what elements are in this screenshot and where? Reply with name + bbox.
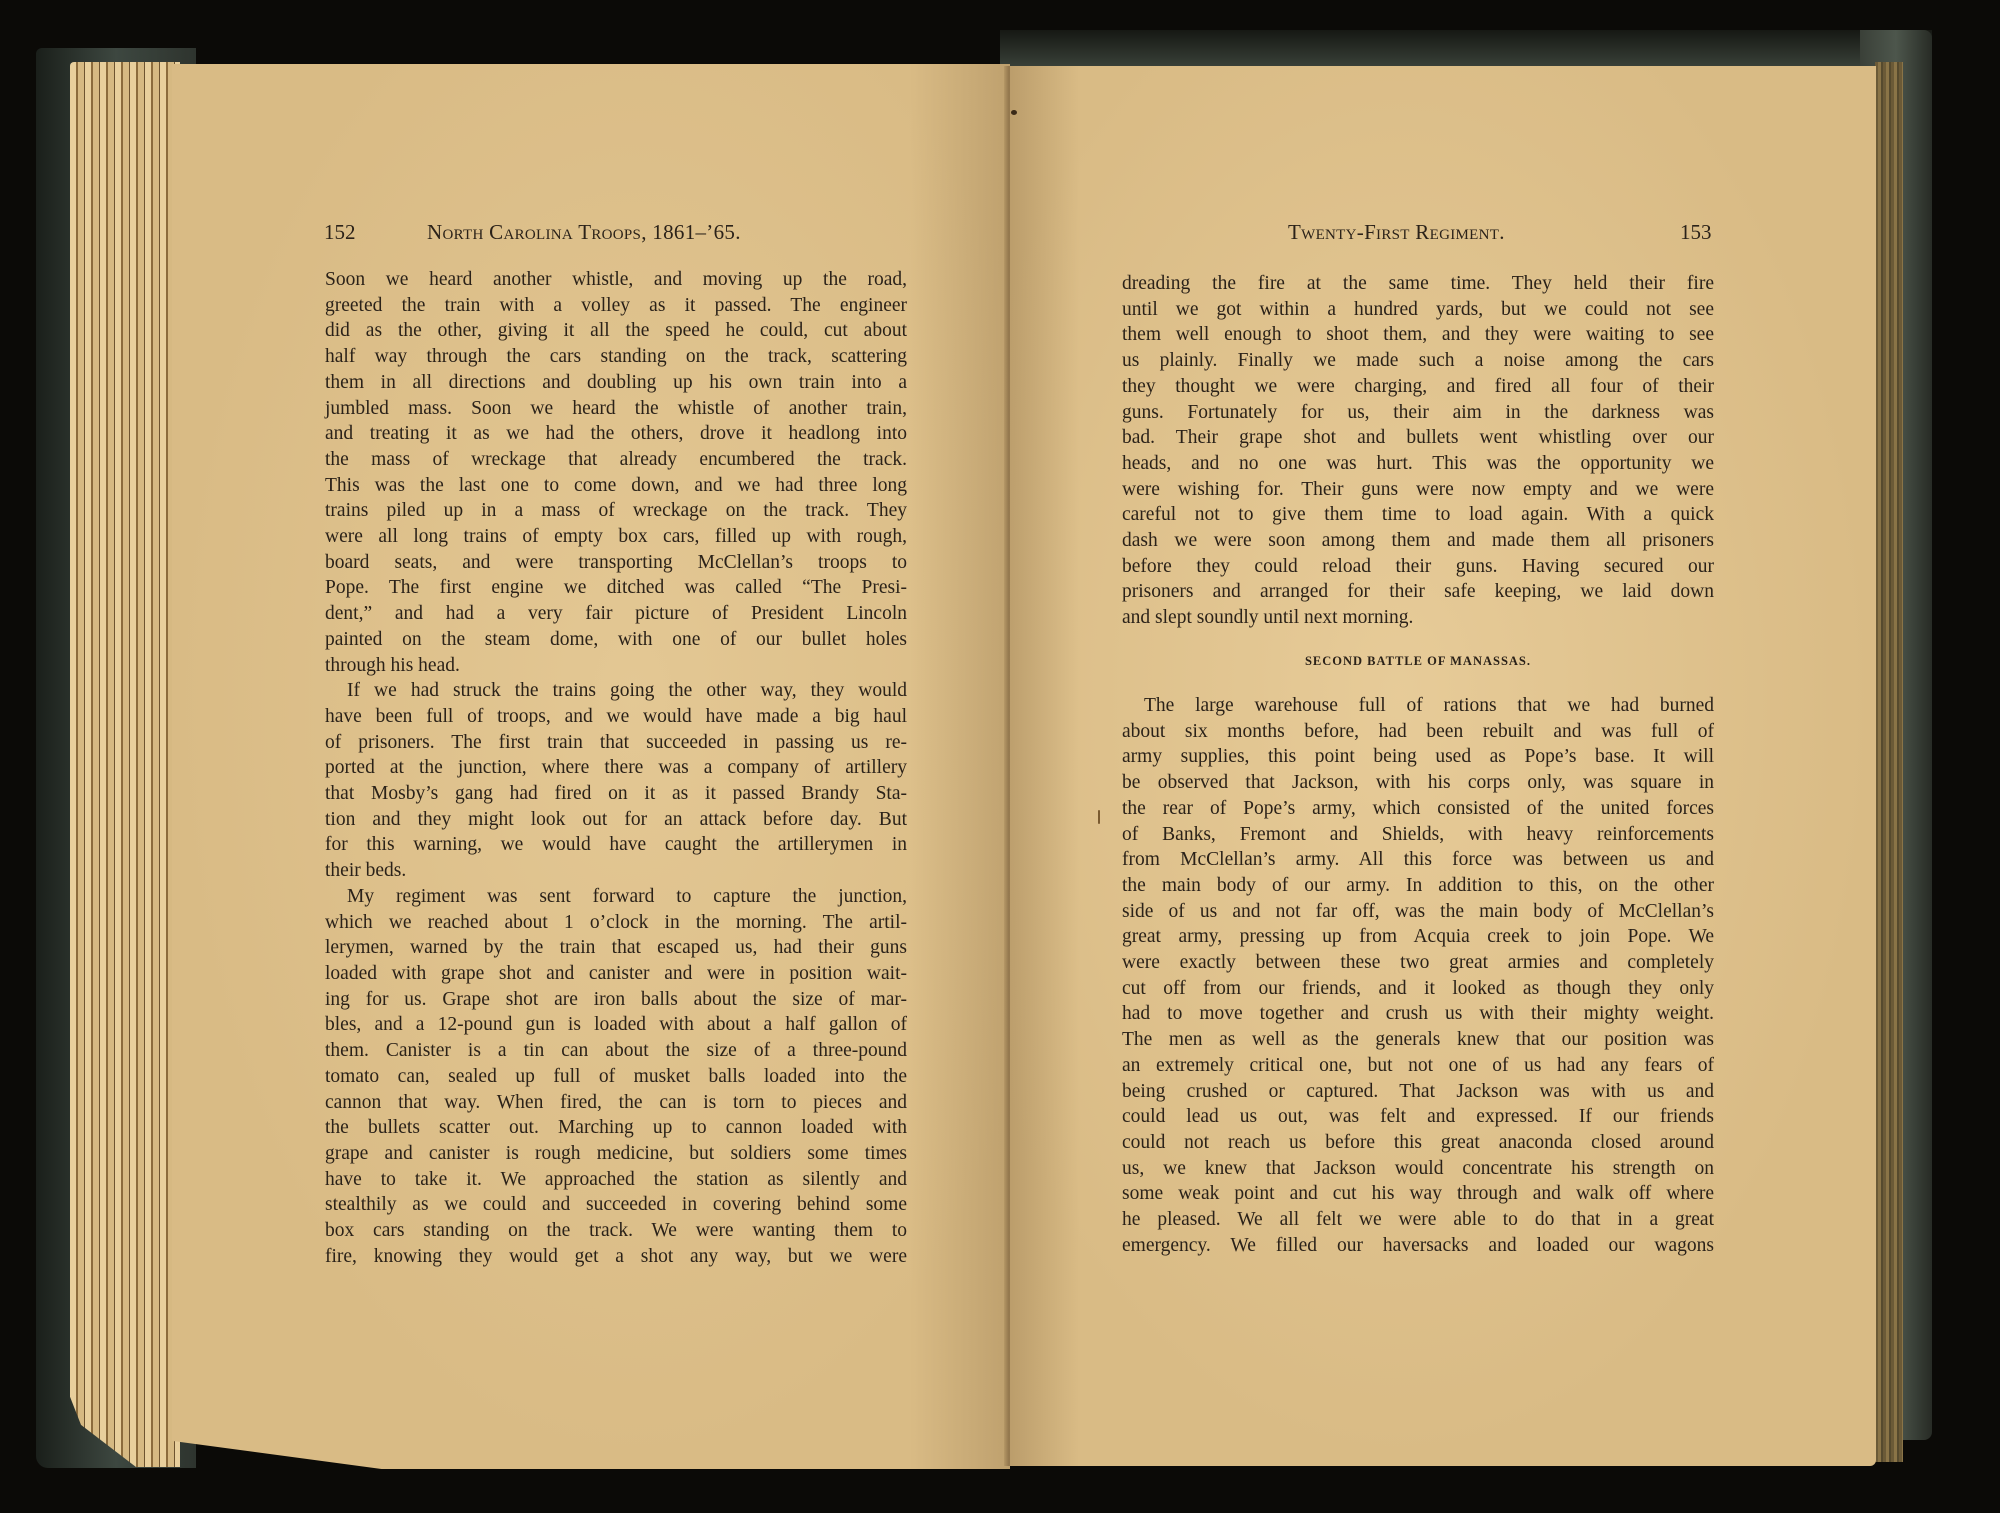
- text-line: bad. Their grape shot and bullets went w…: [1122, 425, 1714, 451]
- text-line: Pope. The first engine we ditched was ca…: [325, 575, 907, 601]
- left-page-body: Soon we heard another whistle, and movin…: [325, 267, 907, 1269]
- text-line: loaded with grape shot and canister and …: [325, 961, 907, 987]
- text-line: bles, and a 12-pound gun is loaded with …: [325, 1012, 907, 1038]
- running-head-left: North Carolina Troops, 1861–’65.: [427, 220, 741, 245]
- right-page-body-top: dreading the fire at the same time. They…: [1122, 271, 1714, 631]
- text-line: could lead us out, was felt and expresse…: [1122, 1104, 1714, 1130]
- page-edges-right: [1875, 62, 1903, 1462]
- text-line: which we reached about 1 o’clock in the …: [325, 910, 907, 936]
- text-line: army supplies, this point being used as …: [1122, 744, 1714, 770]
- right-page: Twenty-First Regiment. 153 dreading the …: [1010, 66, 1876, 1466]
- text-line: have to take it. We approached the stati…: [325, 1167, 907, 1193]
- text-line: their beds.: [325, 858, 907, 884]
- text-line: tomato can, sealed up full of musket bal…: [325, 1064, 907, 1090]
- text-line: they thought we were charging, and fired…: [1122, 374, 1714, 400]
- text-line: did as the other, giving it all the spee…: [325, 318, 907, 344]
- text-line: of prisoners. The first train that succe…: [325, 730, 907, 756]
- text-line: the bullets scatter out. Marching up to …: [325, 1115, 907, 1141]
- text-line: ported at the junction, where there was …: [325, 755, 907, 781]
- text-line: for this warning, we would have caught t…: [325, 832, 907, 858]
- text-line: through his head.: [325, 653, 907, 679]
- text-line: of Banks, Fremont and Shields, with heav…: [1122, 822, 1714, 848]
- book-cover-top: [1000, 30, 1932, 70]
- text-line: guns. Fortunately for us, their aim in t…: [1122, 400, 1714, 426]
- paper-mark: [1098, 810, 1100, 824]
- text-line: until we got within a hundred yards, but…: [1122, 297, 1714, 323]
- text-line: us, we knew that Jackson would concentra…: [1122, 1156, 1714, 1182]
- text-line: tion and they might look out for an atta…: [325, 807, 907, 833]
- page-number-left: 152: [324, 220, 356, 245]
- text-line: half way through the cars standing on th…: [325, 344, 907, 370]
- text-line: some weak point and cut his way through …: [1122, 1181, 1714, 1207]
- text-line: great army, pressing up from Acquia cree…: [1122, 924, 1714, 950]
- running-head-right: Twenty-First Regiment.: [1288, 220, 1505, 245]
- text-line: were exactly between these two great arm…: [1122, 950, 1714, 976]
- text-line: the main body of our army. In addition t…: [1122, 873, 1714, 899]
- text-line: cut off from our friends, and it looked …: [1122, 976, 1714, 1002]
- text-line: and treating it as we had the others, dr…: [325, 421, 907, 447]
- paper-speck: [1011, 110, 1017, 115]
- text-line: greeted the train with a volley as it pa…: [325, 293, 907, 319]
- text-line: trains piled up in a mass of wreckage on…: [325, 498, 907, 524]
- text-line: the rear of Pope’s army, which consisted…: [1122, 796, 1714, 822]
- text-line: box cars standing on the track. We were …: [325, 1218, 907, 1244]
- text-line: heads, and no one was hurt. This was the…: [1122, 451, 1714, 477]
- text-line: grape and canister is rough medicine, bu…: [325, 1141, 907, 1167]
- text-line: that Mosby’s gang had fired on it as it …: [325, 781, 907, 807]
- text-line: dash we were soon among them and made th…: [1122, 528, 1714, 554]
- text-line: fire, knowing they would get a shot any …: [325, 1244, 907, 1270]
- left-page: 152 North Carolina Troops, 1861–’65. Soo…: [172, 64, 1010, 1469]
- text-line: My regiment was sent forward to capture …: [325, 884, 907, 910]
- text-line: prisoners and arranged for their safe ke…: [1122, 579, 1714, 605]
- text-line: an extremely critical one, but not one o…: [1122, 1053, 1714, 1079]
- text-line: stealthily as we could and succeeded in …: [325, 1192, 907, 1218]
- text-line: them in all directions and doubling up h…: [325, 370, 907, 396]
- text-line: ing for us. Grape shot are iron balls ab…: [325, 987, 907, 1013]
- text-line: dent,” and had a very fair picture of Pr…: [325, 601, 907, 627]
- text-line: This was the last one to come down, and …: [325, 473, 907, 499]
- text-line: The men as well as the generals knew tha…: [1122, 1027, 1714, 1053]
- text-line: emergency. We filled our haversacks and …: [1122, 1233, 1714, 1259]
- text-line: were wishing for. Their guns were now em…: [1122, 477, 1714, 503]
- text-line: us plainly. Finally we made such a noise…: [1122, 348, 1714, 374]
- text-line: have been full of troops, and we would h…: [325, 704, 907, 730]
- text-line: The large warehouse full of rations that…: [1122, 693, 1714, 719]
- page-number-right: 153: [1680, 220, 1712, 245]
- text-line: being crushed or captured. That Jackson …: [1122, 1079, 1714, 1105]
- right-page-body-bottom: The large warehouse full of rations that…: [1122, 693, 1714, 1258]
- section-heading: SECOND BATTLE OF MANASSAS.: [1122, 654, 1714, 669]
- text-line: dreading the fire at the same time. They…: [1122, 271, 1714, 297]
- text-line: the mass of wreckage that already encumb…: [325, 447, 907, 473]
- text-line: and slept soundly until next morning.: [1122, 605, 1714, 631]
- text-line: Soon we heard another whistle, and movin…: [325, 267, 907, 293]
- text-line: board seats, and were transporting McCle…: [325, 550, 907, 576]
- text-line: cannon that way. When fired, the can is …: [325, 1090, 907, 1116]
- text-line: lerymen, warned by the train that escape…: [325, 935, 907, 961]
- text-line: from McClellan’s army. All this force wa…: [1122, 847, 1714, 873]
- text-line: them well enough to shoot them, and they…: [1122, 322, 1714, 348]
- text-line: were all long trains of empty box cars, …: [325, 524, 907, 550]
- text-line: careful not to give them time to load ag…: [1122, 502, 1714, 528]
- text-line: jumbled mass. Soon we heard the whistle …: [325, 396, 907, 422]
- page-edges-left: [70, 62, 180, 1467]
- text-line: be observed that Jackson, with his corps…: [1122, 770, 1714, 796]
- text-line: before they could reload their guns. Hav…: [1122, 554, 1714, 580]
- text-line: side of us and not far off, was the main…: [1122, 899, 1714, 925]
- text-line: he pleased. We all felt we were able to …: [1122, 1207, 1714, 1233]
- text-line: If we had struck the trains going the ot…: [325, 678, 907, 704]
- text-line: about six months before, had been rebuil…: [1122, 719, 1714, 745]
- text-line: could not reach us before this great ana…: [1122, 1130, 1714, 1156]
- text-line: painted on the steam dome, with one of o…: [325, 627, 907, 653]
- text-line: had to move together and crush us with t…: [1122, 1001, 1714, 1027]
- text-line: them. Canister is a tin can about the si…: [325, 1038, 907, 1064]
